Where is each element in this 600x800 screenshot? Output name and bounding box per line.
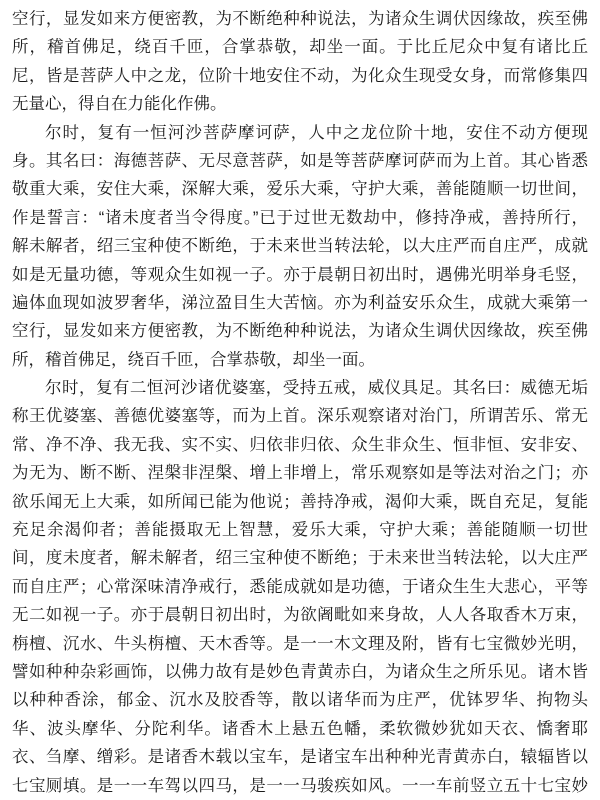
- text-line: 无量心，得自在力能化作佛。: [12, 90, 588, 118]
- text-line: 常、净不净、我无我、实不实、归依非归依、众生非众生、恒非恒、安非安、: [12, 431, 588, 459]
- text-line: 譬如种种杂彩画饰，以佛力故有是妙色青黄赤白，为诸众生之所乐见。诸木皆: [12, 658, 588, 686]
- text-line: 尼，皆是菩萨人中之龙，位阶十地安住不动，为化众生现受女身，而常修集四: [12, 62, 588, 90]
- text-line: 而自庄严；心常深味清净戒行，悉能成就如是功德，于诸众生生大悲心，平等: [12, 573, 588, 601]
- text-line: 所，稽首佛足，绕百千匝，合掌恭敬，却坐一面。于比丘尼众中复有诸比丘: [12, 33, 588, 61]
- text-line: 身。其名曰：海德菩萨、无尽意菩萨，如是等菩萨摩诃萨而为上首。其心皆悉: [12, 147, 588, 175]
- text-line: 尔时，复有二恒河沙诸优婆塞，受持五戒，威仪具足。其名曰：威德无垢: [12, 374, 588, 402]
- text-line: 解未解者，绍三宝种使不断绝，于未来世当转法轮，以大庄严而自庄严，成就: [12, 232, 588, 260]
- sutra-text-body: 空行，显发如来方便密教，为不断绝种种说法，为诸众生调伏因缘故，疾至佛所，稽首佛足…: [12, 5, 588, 800]
- text-line: 所，稽首佛足，绕百千匝，合掌恭敬，却坐一面。: [12, 346, 588, 374]
- text-line: 无二如视一子。亦于晨朝日初出时，为欲阇毗如来身故，人人各取香木万束，: [12, 601, 588, 629]
- text-line: 衣、刍摩、缯彩。是诸香木载以宝车，是诸宝车出种种光青黄赤白，辕辐皆以: [12, 743, 588, 771]
- text-line: 间，度未度者，解未解者，绍三宝种使不断绝；于未来世当转法轮，以大庄严: [12, 544, 588, 572]
- text-line: 尔时，复有一恒河沙菩萨摩诃萨，人中之龙位阶十地，安住不动方便现: [12, 119, 588, 147]
- text-line: 栴檀、沉水、牛头栴檀、天木香等。是一一木文理及附，皆有七宝微妙光明，: [12, 630, 588, 658]
- text-line: 如是无量功德，等观众生如视一子。亦于晨朝日初出时，遇佛光明举身毛竖，: [12, 261, 588, 289]
- text-line: 空行，显发如来方便密教，为不断绝种种说法，为诸众生调伏因缘故，疾至佛: [12, 5, 588, 33]
- text-line: 七宝厕填。是一一车驾以四马，是一一马骏疾如风。一一车前竖立五十七宝妙: [12, 772, 588, 800]
- text-line: 作是誓言：“诸未度者当令得度。”已于过世无数劫中，修持净戒，善持所行，: [12, 204, 588, 232]
- text-line: 欲乐闻无上大乘，如所闻已能为他说；善持净戒，渴仰大乘，既自充足，复能: [12, 488, 588, 516]
- text-line: 以种种香涂，郁金、沉水及胶香等，散以诸华而为庄严，优钵罗华、拘物头: [12, 686, 588, 714]
- document-page: 空行，显发如来方便密教，为不断绝种种说法，为诸众生调伏因缘故，疾至佛所，稽首佛足…: [0, 0, 600, 800]
- text-line: 敬重大乘，安住大乘，深解大乘，爱乐大乘，守护大乘，善能随顺一切世间，: [12, 175, 588, 203]
- text-line: 华、波头摩华、分陀利华。诸香木上悬五色幡，柔软微妙犹如天衣、憍奢耶: [12, 715, 588, 743]
- text-line: 空行，显发如来方便密教，为不断绝种种说法，为诸众生调伏因缘故，疾至佛: [12, 317, 588, 345]
- text-line: 充足余渴仰者；善能摄取无上智慧，爱乐大乘，守护大乘；善能随顺一切世: [12, 516, 588, 544]
- text-line: 称王优婆塞、善德优婆塞等，而为上首。深乐观察诸对治门，所谓苦乐、常无: [12, 402, 588, 430]
- text-line: 为无为、断不断、涅槃非涅槃、增上非增上，常乐观察如是等法对治之门；亦: [12, 459, 588, 487]
- text-line: 遍体血现如波罗奢华，涕泣盈目生大苦恼。亦为利益安乐众生，成就大乘第一: [12, 289, 588, 317]
